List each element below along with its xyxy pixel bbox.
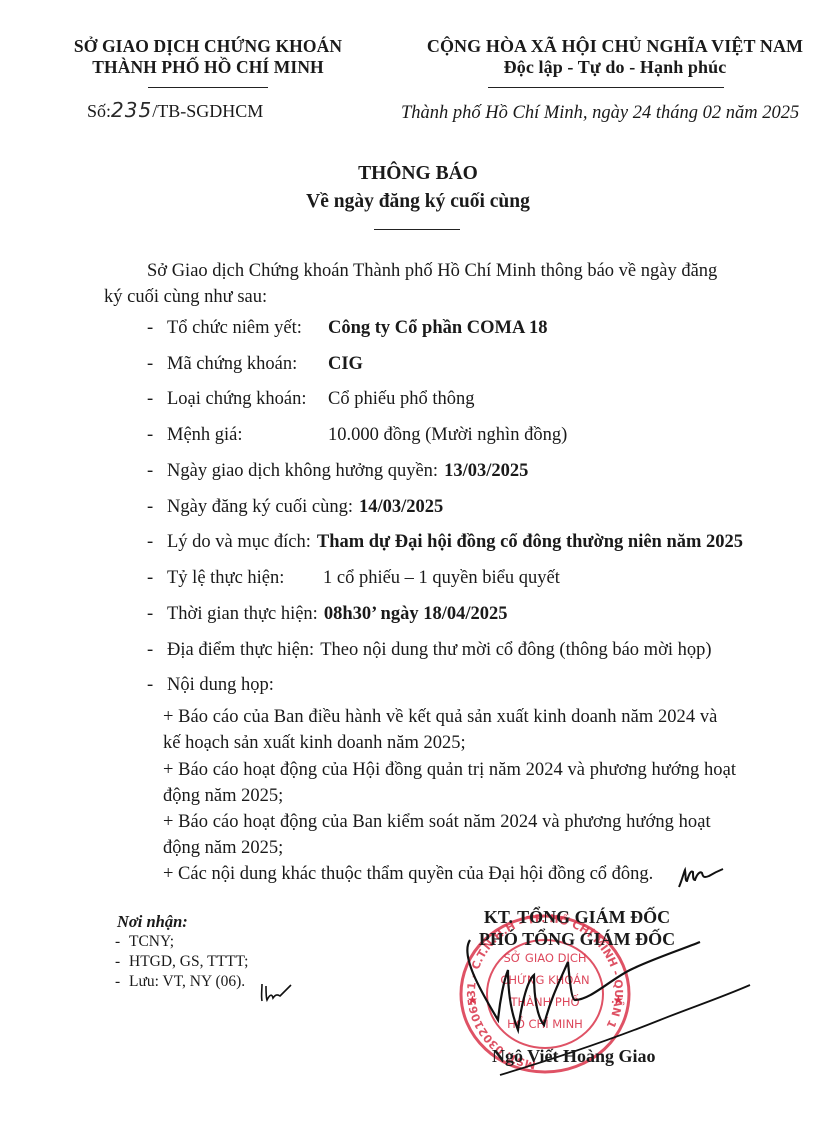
item-label: Tỷ lệ thực hiện: bbox=[167, 568, 284, 589]
item-value: CIG bbox=[328, 354, 363, 375]
item-label: Tổ chức niêm yết: bbox=[167, 318, 302, 339]
national-motto: Độc lập - Tự do - Hạnh phúc bbox=[410, 57, 820, 78]
signatory-title-line1: KT. TỔNG GIÁM ĐỐC bbox=[452, 906, 702, 928]
announcement-item: -Lý do và mục đích:Tham dự Đại hội đồng … bbox=[147, 532, 743, 553]
announcement-item: -Tổ chức niêm yết:Công ty Cổ phần COMA 1… bbox=[147, 318, 302, 339]
item-dash: - bbox=[147, 640, 167, 661]
recipient-item: -Lưu: VT, NY (06). bbox=[115, 972, 248, 992]
item-dash: - bbox=[147, 461, 167, 482]
recipients-block: Nơi nhận: -TCNY; -HTGD, GS, TTTT; -Lưu: … bbox=[117, 912, 248, 992]
item-dash: - bbox=[147, 532, 167, 553]
item-label: Lý do và mục đích: bbox=[167, 532, 311, 553]
issuer-block: SỞ GIAO DỊCH CHỨNG KHOÁN THÀNH PHỐ HỒ CH… bbox=[28, 36, 388, 78]
document-title-block: THÔNG BÁO Về ngày đăng ký cuối cùng bbox=[218, 161, 618, 215]
motto-underline bbox=[488, 87, 724, 88]
item-label: Nội dung họp: bbox=[167, 675, 274, 696]
item-label: Mệnh giá: bbox=[167, 425, 243, 446]
announcement-item: -Thời gian thực hiện:08h30’ ngày 18/04/2… bbox=[147, 604, 507, 625]
item-value: Cổ phiếu phổ thông bbox=[328, 389, 474, 410]
doc-no-prefix: Số: bbox=[87, 101, 111, 121]
item-value: 13/03/2025 bbox=[444, 461, 528, 482]
item-dash: - bbox=[147, 497, 167, 518]
document-subtitle: Về ngày đăng ký cuối cùng bbox=[218, 189, 618, 215]
signatory-name: Ngô Viết Hoàng Giao bbox=[492, 1046, 656, 1067]
issuer-name-line2: THÀNH PHỐ HỒ CHÍ MINH bbox=[28, 57, 388, 78]
agenda-line: + Báo cáo hoạt động của Hội đồng quản tr… bbox=[163, 760, 736, 781]
item-dash: - bbox=[147, 675, 167, 696]
item-value: Theo nội dung thư mời cổ đông (thông báo… bbox=[320, 640, 711, 661]
issuer-name-line1: SỞ GIAO DỊCH CHỨNG KHOÁN bbox=[28, 36, 388, 57]
announcement-item: -Ngày giao dịch không hưởng quyền:13/03/… bbox=[147, 461, 528, 482]
item-value: 1 cổ phiếu – 1 quyền biểu quyết bbox=[323, 568, 560, 589]
item-value: 14/03/2025 bbox=[359, 497, 443, 518]
item-dash: - bbox=[147, 425, 167, 446]
agenda-line: + Báo cáo hoạt động của Ban kiểm soát nă… bbox=[163, 812, 711, 833]
place-and-date: Thành phố Hồ Chí Minh, ngày 24 tháng 02 … bbox=[401, 103, 799, 124]
recipients-title: Nơi nhận: bbox=[117, 912, 248, 932]
item-value: Công ty Cổ phần COMA 18 bbox=[328, 318, 547, 339]
intro-line-1: Sở Giao dịch Chứng khoán Thành phố Hồ Ch… bbox=[147, 258, 717, 284]
announcement-item: -Tỷ lệ thực hiện:1 cổ phiếu – 1 quyền bi… bbox=[147, 568, 284, 589]
initial-mark-icon bbox=[258, 980, 294, 1004]
item-label: Địa điểm thực hiện: bbox=[167, 640, 314, 661]
announcement-item: -Loại chứng khoán:Cổ phiếu phổ thông bbox=[147, 389, 307, 410]
item-value: 10.000 đồng (Mười nghìn đồng) bbox=[328, 425, 567, 446]
title-underline bbox=[374, 229, 460, 230]
item-label: Ngày giao dịch không hưởng quyền: bbox=[167, 461, 438, 482]
doc-no-suffix: /TB-SGDHCM bbox=[152, 101, 263, 121]
document-number: Số:235/TB-SGDHCM bbox=[87, 98, 263, 122]
item-value: Tham dự Đại hội đồng cổ đông thường niên… bbox=[317, 532, 743, 553]
intro-line-2: ký cuối cùng như sau: bbox=[104, 284, 267, 310]
recipient-item: -TCNY; bbox=[115, 932, 248, 952]
item-value: 08h30’ ngày 18/04/2025 bbox=[324, 604, 508, 625]
agenda-line: động năm 2025; bbox=[163, 786, 283, 807]
item-label: Ngày đăng ký cuối cùng: bbox=[167, 497, 353, 518]
document-title: THÔNG BÁO bbox=[218, 161, 618, 187]
item-dash: - bbox=[147, 604, 167, 625]
announcement-item: -Mã chứng khoán:CIG bbox=[147, 354, 297, 375]
recipient-item: -HTGD, GS, TTTT; bbox=[115, 952, 248, 972]
announcement-item: -Mệnh giá:10.000 đồng (Mười nghìn đồng) bbox=[147, 425, 243, 446]
announcement-item: -Ngày đăng ký cuối cùng:14/03/2025 bbox=[147, 497, 443, 518]
announcement-item: -Địa điểm thực hiện:Theo nội dung thư mờ… bbox=[147, 640, 712, 661]
item-dash: - bbox=[147, 389, 167, 410]
initial-mark-icon bbox=[676, 862, 726, 890]
national-header: CỘNG HÒA XÃ HỘI CHỦ NGHĨA VIỆT NAM Độc l… bbox=[410, 36, 820, 78]
doc-no-handwritten: 235 bbox=[111, 98, 152, 122]
item-dash: - bbox=[147, 354, 167, 375]
item-dash: - bbox=[147, 568, 167, 589]
item-label: Thời gian thực hiện: bbox=[167, 604, 318, 625]
agenda-line: kế hoạch sản xuất kinh doanh năm 2025; bbox=[163, 733, 466, 754]
agenda-line: + Các nội dung khác thuộc thẩm quyền của… bbox=[163, 864, 653, 885]
item-label: Mã chứng khoán: bbox=[167, 354, 297, 375]
announcement-item: -Nội dung họp: bbox=[147, 675, 274, 696]
agenda-line: + Báo cáo của Ban điều hành về kết quả s… bbox=[163, 707, 717, 728]
item-label: Loại chứng khoán: bbox=[167, 389, 307, 410]
issuer-underline bbox=[148, 87, 268, 88]
agenda-line: động năm 2025; bbox=[163, 838, 283, 859]
item-dash: - bbox=[147, 318, 167, 339]
country-name: CỘNG HÒA XÃ HỘI CHỦ NGHĨA VIỆT NAM bbox=[410, 36, 820, 57]
